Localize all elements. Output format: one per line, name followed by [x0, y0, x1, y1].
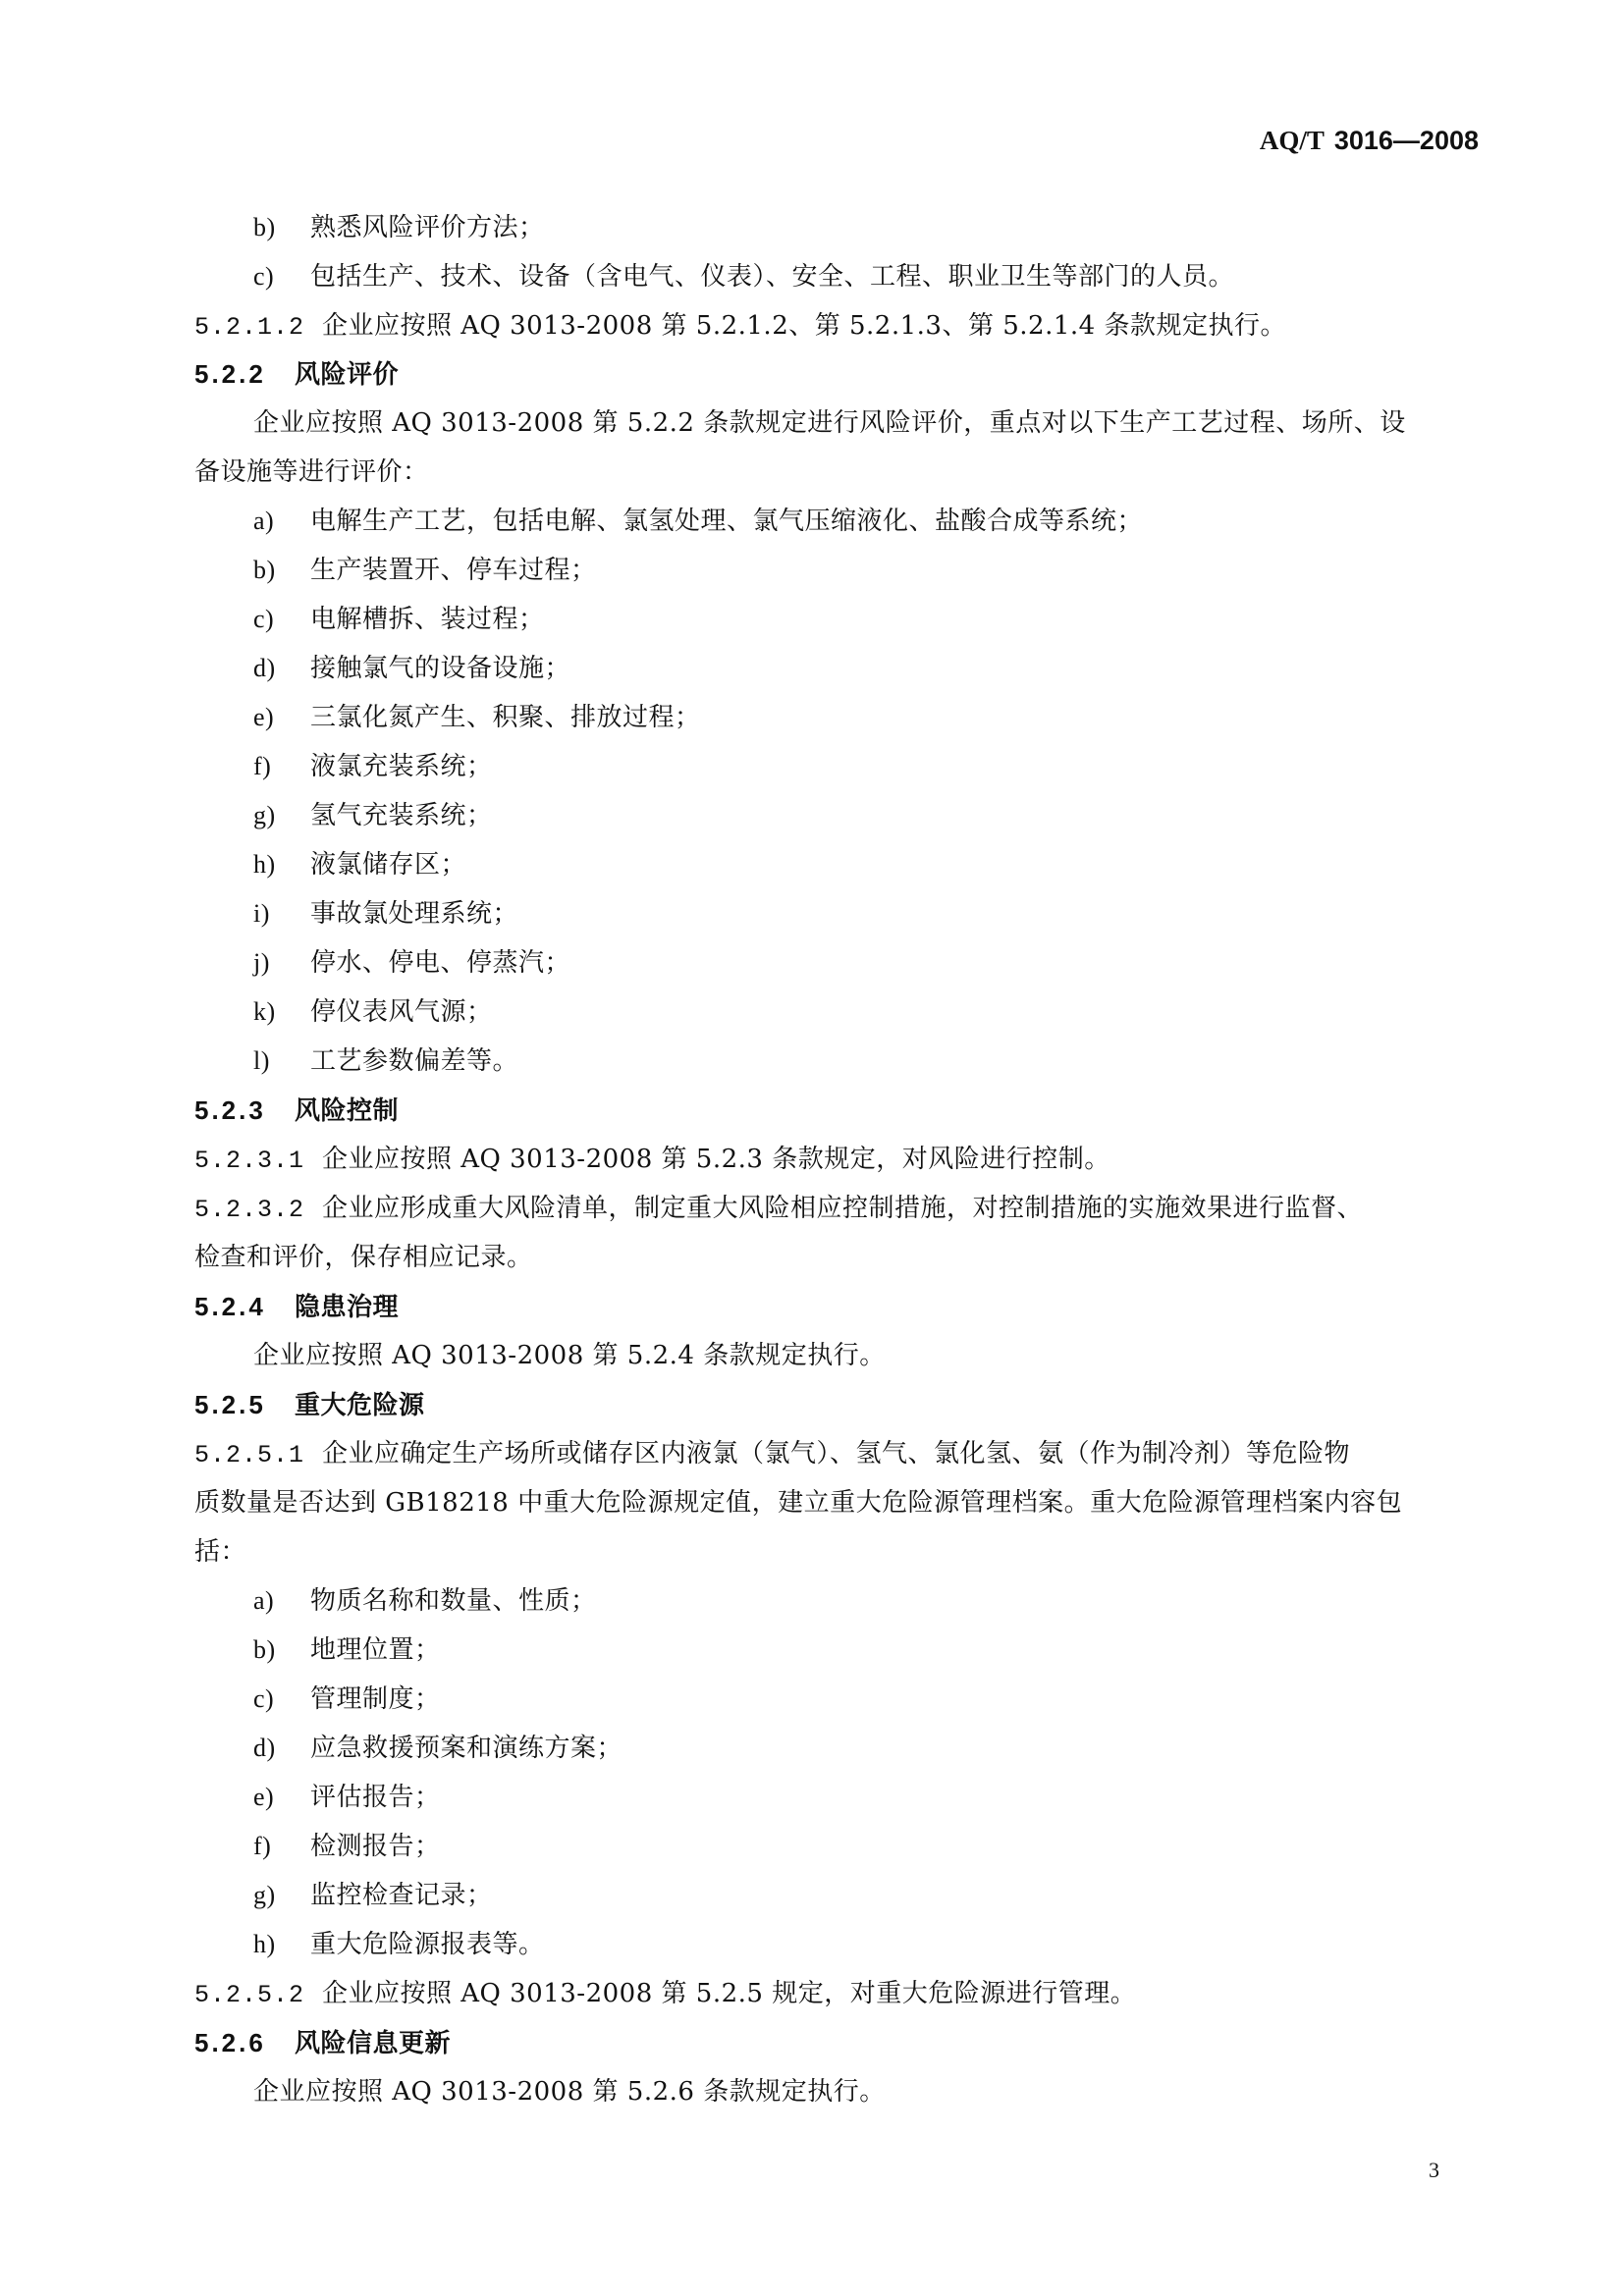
- list-item: c)管理制度；: [253, 1682, 441, 1716]
- list-item-label: l): [253, 1044, 310, 1078]
- clause-number: 5.2.3.2: [194, 1194, 322, 1227]
- section-number: 5.2.5: [194, 1388, 295, 1421]
- list-item-label: b): [253, 554, 310, 587]
- section-number: 5.2.6: [194, 2026, 295, 2059]
- list-item-label: c): [253, 1682, 310, 1716]
- list-item-text: 电解生产工艺，包括电解、氯氢处理、氯气压缩液化、盐酸合成等系统；: [310, 507, 1143, 536]
- list-item-label: i): [253, 897, 310, 931]
- section-title: 风险控制: [295, 1096, 399, 1126]
- list-item-label: h): [253, 848, 310, 881]
- list-item: a)电解生产工艺，包括电解、氯氢处理、氯气压缩液化、盐酸合成等系统；: [253, 505, 1143, 538]
- paragraph-continuation: 检查和评价，保存相应记录。: [194, 1241, 533, 1274]
- page-number: 3: [1429, 2158, 1439, 2183]
- list-item: b)熟悉风险评价方法；: [253, 211, 545, 244]
- list-item: k)停仪表风气源；: [253, 995, 493, 1029]
- clause-text: 企业应按照 AQ 3013-2008 第 5.2.1.2、第 5.2.1.3、第…: [322, 311, 1286, 341]
- list-item-text: 事故氯处理系统；: [310, 899, 518, 929]
- section-heading: 5.2.5重大危险源: [194, 1388, 425, 1422]
- list-item: f)液氯充装系统；: [253, 750, 493, 783]
- section-heading: 5.2.2风险评价: [194, 357, 399, 392]
- list-item: f)检测报告；: [253, 1830, 441, 1863]
- paragraph-continuation: 质数量是否达到 GB18218 中重大危险源规定值，建立重大危险源管理档案。重大…: [194, 1486, 1402, 1520]
- section-title: 风险信息更新: [295, 2029, 451, 2058]
- list-item-text: 电解槽拆、装过程；: [310, 605, 545, 634]
- list-item-label: b): [253, 1633, 310, 1667]
- list-item-label: f): [253, 1830, 310, 1863]
- list-item: h)重大危险源报表等。: [253, 1928, 545, 1961]
- list-item: g)监控检查记录；: [253, 1879, 493, 1912]
- clause-number: 5.2.3.1: [194, 1145, 322, 1178]
- list-item-text: 液氯储存区；: [310, 850, 466, 880]
- list-item-label: e): [253, 1781, 310, 1814]
- list-item-text: 物质名称和数量、性质；: [310, 1586, 597, 1616]
- list-item-label: a): [253, 505, 310, 538]
- list-item-label: b): [253, 211, 310, 244]
- list-item: h)液氯储存区；: [253, 848, 466, 881]
- list-item: b)地理位置；: [253, 1633, 441, 1667]
- list-item-text: 应急救援预案和演练方案；: [310, 1734, 623, 1763]
- clause-text: 企业应确定生产场所或储存区内液氯（氯气）、氢气、氯化氢、氨（作为制冷剂）等危险物: [322, 1439, 1350, 1468]
- list-item-label: d): [253, 1732, 310, 1765]
- clause: 5.2.3.1企业应按照 AQ 3013-2008 第 5.2.3 条款规定，对…: [194, 1143, 1110, 1178]
- list-item-text: 包括生产、技术、设备（含电气、仪表）、安全、工程、职业卫生等部门的人员。: [310, 262, 1234, 292]
- clause: 5.2.5.1企业应确定生产场所或储存区内液氯（氯气）、氢气、氯化氢、氨（作为制…: [194, 1437, 1350, 1472]
- list-item-label: g): [253, 1879, 310, 1912]
- list-item: l)工艺参数偏差等。: [253, 1044, 518, 1078]
- list-item-label: k): [253, 995, 310, 1029]
- standard-prefix: AQ/T: [1260, 126, 1325, 155]
- list-item-label: h): [253, 1928, 310, 1961]
- clause-number: 5.2.5.1: [194, 1439, 322, 1472]
- list-item: j)停水、停电、停蒸汽；: [253, 946, 570, 980]
- list-item-text: 液氯充装系统；: [310, 752, 493, 781]
- list-item-label: d): [253, 652, 310, 685]
- list-item-text: 地理位置；: [310, 1635, 441, 1665]
- standard-code-header: AQ/T3016—2008: [1260, 126, 1479, 156]
- list-item-label: j): [253, 946, 310, 980]
- list-item: g)氢气充装系统；: [253, 799, 493, 832]
- list-item-text: 氢气充装系统；: [310, 801, 493, 830]
- section-heading: 5.2.6风险信息更新: [194, 2026, 451, 2060]
- list-item-text: 停仪表风气源；: [310, 997, 493, 1027]
- list-item-label: a): [253, 1584, 310, 1618]
- section-heading: 5.2.4隐患治理: [194, 1290, 399, 1324]
- list-item-label: c): [253, 260, 310, 294]
- list-item: e)三氯化氮产生、积聚、排放过程；: [253, 701, 701, 734]
- list-item-text: 接触氯气的设备设施；: [310, 654, 570, 683]
- paragraph-continuation: 括：: [194, 1535, 246, 1569]
- clause-text: 企业应形成重大风险清单，制定重大风险相应控制措施，对控制措施的实施效果进行监督、: [322, 1194, 1363, 1223]
- list-item-text: 停水、停电、停蒸汽；: [310, 948, 570, 978]
- clause-number: 5.2.5.2: [194, 1979, 322, 2012]
- paragraph: 企业应按照 AQ 3013-2008 第 5.2.2 条款规定进行风险评价，重点…: [253, 406, 1406, 440]
- section-title: 隐患治理: [295, 1293, 399, 1322]
- clause-number: 5.2.1.2: [194, 311, 322, 345]
- standard-number: 3016—2008: [1334, 126, 1479, 155]
- list-item: e)评估报告；: [253, 1781, 441, 1814]
- list-item: c)包括生产、技术、设备（含电气、仪表）、安全、工程、职业卫生等部门的人员。: [253, 260, 1234, 294]
- section-title: 风险评价: [295, 360, 399, 390]
- list-item: d)接触氯气的设备设施；: [253, 652, 570, 685]
- list-item-label: e): [253, 701, 310, 734]
- clause: 5.2.1.2企业应按照 AQ 3013-2008 第 5.2.1.2、第 5.…: [194, 309, 1286, 345]
- list-item-text: 重大危险源报表等。: [310, 1930, 545, 1959]
- list-item: b)生产装置开、停车过程；: [253, 554, 597, 587]
- list-item-text: 三氯化氮产生、积聚、排放过程；: [310, 703, 701, 732]
- paragraph: 企业应按照 AQ 3013-2008 第 5.2.6 条款规定执行。: [253, 2075, 886, 2109]
- list-item-text: 熟悉风险评价方法；: [310, 213, 545, 242]
- list-item-text: 检测报告；: [310, 1832, 441, 1861]
- section-number: 5.2.4: [194, 1290, 295, 1323]
- list-item-label: c): [253, 603, 310, 636]
- list-item-label: f): [253, 750, 310, 783]
- section-heading: 5.2.3风险控制: [194, 1094, 399, 1128]
- clause-text: 企业应按照 AQ 3013-2008 第 5.2.3 条款规定，对风险进行控制。: [322, 1145, 1110, 1174]
- section-title: 重大危险源: [295, 1391, 425, 1420]
- list-item-text: 监控检查记录；: [310, 1881, 493, 1910]
- paragraph-continuation: 备设施等进行评价：: [194, 455, 429, 489]
- list-item-text: 工艺参数偏差等。: [310, 1046, 518, 1076]
- list-item-text: 管理制度；: [310, 1684, 441, 1714]
- paragraph: 企业应按照 AQ 3013-2008 第 5.2.4 条款规定执行。: [253, 1339, 886, 1372]
- list-item: d)应急救援预案和演练方案；: [253, 1732, 623, 1765]
- clause: 5.2.3.2企业应形成重大风险清单，制定重大风险相应控制措施，对控制措施的实施…: [194, 1192, 1363, 1227]
- list-item-text: 生产装置开、停车过程；: [310, 556, 597, 585]
- list-item: a)物质名称和数量、性质；: [253, 1584, 597, 1618]
- list-item-label: g): [253, 799, 310, 832]
- section-number: 5.2.3: [194, 1094, 295, 1127]
- clause-text: 企业应按照 AQ 3013-2008 第 5.2.5 规定，对重大危险源进行管理…: [322, 1979, 1136, 2008]
- list-item: c)电解槽拆、装过程；: [253, 603, 545, 636]
- list-item: i)事故氯处理系统；: [253, 897, 518, 931]
- section-number: 5.2.2: [194, 357, 295, 391]
- clause: 5.2.5.2企业应按照 AQ 3013-2008 第 5.2.5 规定，对重大…: [194, 1977, 1136, 2012]
- list-item-text: 评估报告；: [310, 1783, 441, 1812]
